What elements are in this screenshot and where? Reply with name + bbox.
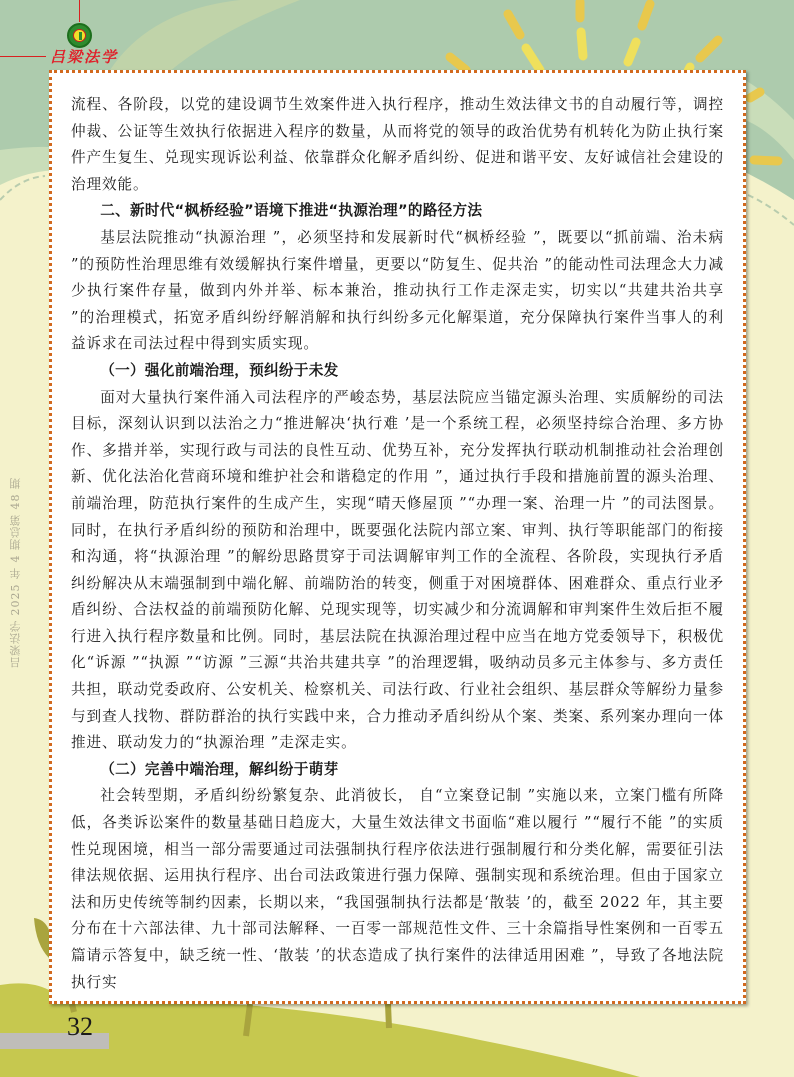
paragraph-continuation: 流程、各阶段，以党的建设调节生效案件进入执行程序，推动生效法律文书的自动履行等，… [71,92,724,198]
section-heading: 二、新时代“枫桥经验”语境下推进“执源治理”的路径方法 [71,198,724,225]
masthead-vertical-rule [79,0,80,22]
paragraph: 面对大量执行案件涌入司法程序的严峻态势，基层法院应当锚定源头治理、实质解纷的司法… [71,385,724,757]
page-number: 32 [67,1012,93,1042]
article-frame: 流程、各阶段，以党的建设调节生效案件进入执行程序，推动生效法律文书的自动履行等，… [49,70,746,1004]
masthead-horizontal-rule [0,56,46,57]
journal-logo-title: 吕梁法学 [50,46,118,67]
subsection-heading-2: （二）完善中端治理，解纠纷于萌芽 [71,757,724,784]
paragraph: 基层法院推动“执源治理 ”，必须坚持和发展新时代“枫桥经验 ”，既要以“抓前端、… [71,225,724,358]
subsection-heading-1: （一）强化前端治理，预纠纷于未发 [71,358,724,385]
journal-issue-side-label: 吕梁法学 2025 年 4 期总第 48 期 [8,468,32,668]
paragraph: 社会转型期，矛盾纠纷纷繁复杂、此消彼长， 自“立案登记制 ”实施以来，立案门槛有… [71,783,724,996]
article-body: 流程、各阶段，以党的建设调节生效案件进入执行程序，推动生效法律文书的自动履行等，… [71,92,724,996]
journal-emblem-icon [67,23,92,48]
